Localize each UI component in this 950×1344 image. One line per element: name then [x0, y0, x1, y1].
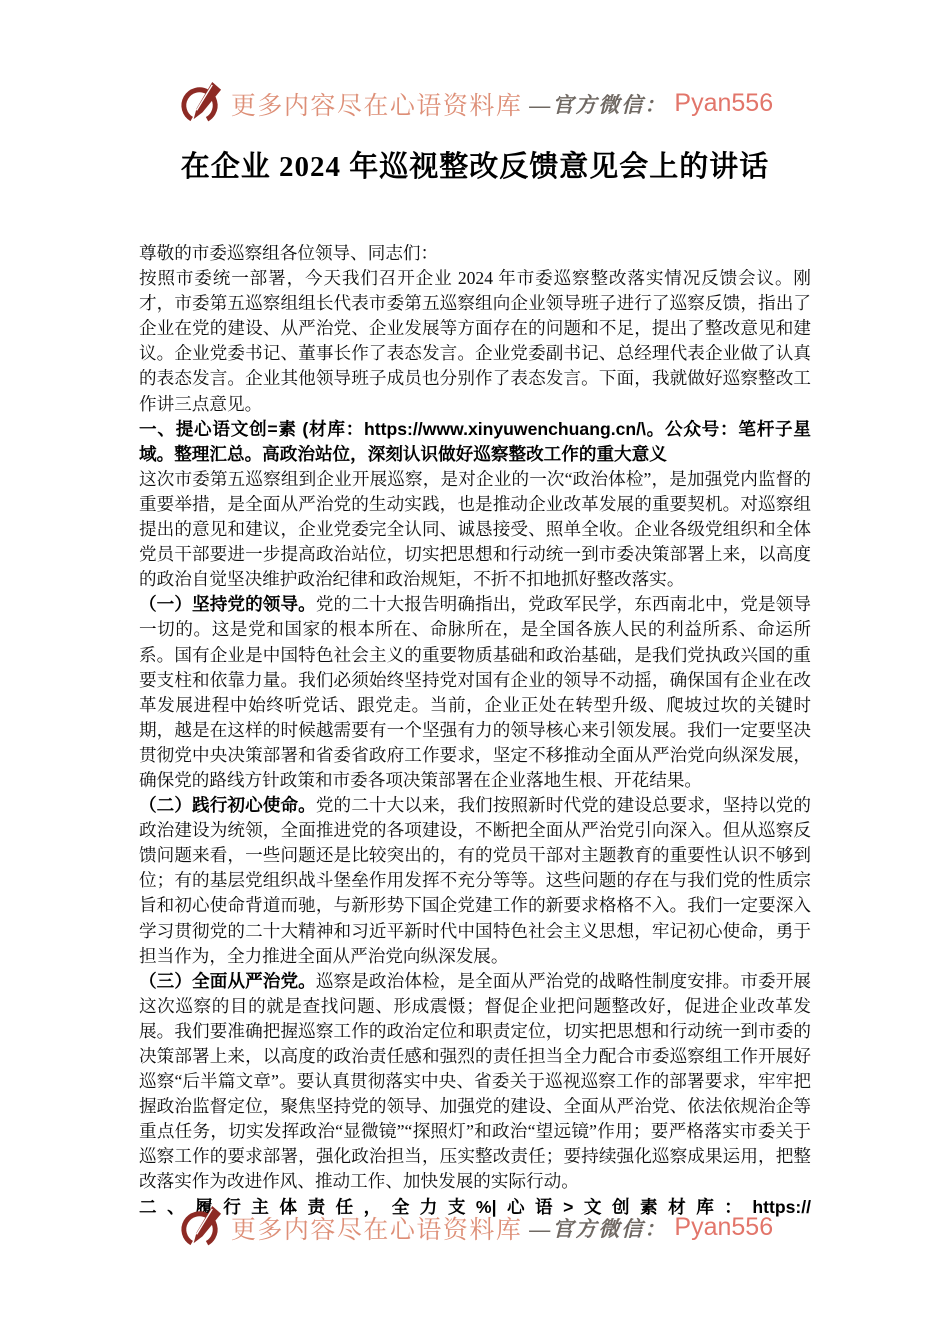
watermark-site-text: 更多内容尽在心语资料库: [231, 86, 523, 122]
watermark-wechat-id: Pyan556: [674, 89, 773, 118]
paragraph: （二）践行初心使命。党的二十大以来，我们按照新时代党的建设总要求，坚持以党的政治…: [139, 793, 811, 969]
xinyu-pen-logo-icon: [177, 80, 224, 127]
paragraph: （一）坚持党的领导。党的二十大报告明确指出，党政军民学，东西南北中，党是领导一切…: [139, 592, 811, 793]
paragraph: 这次市委第五巡察组到企业开展巡察，是对企业的一次“政治体检”，是加强党内监督的重…: [139, 467, 811, 592]
watermark-wechat-id: Pyan556: [674, 1213, 773, 1242]
watermark-wechat-label: —官方微信：: [529, 89, 667, 119]
footer-watermark: 更多内容尽在心语资料库 —官方微信： Pyan556: [0, 1204, 950, 1251]
paragraph-lead: （二）践行初心使命。: [139, 795, 316, 815]
paragraph: （三）全面从严治党。巡察是政治体检，是全面从严治党的战略性制度安排。市委开展这次…: [139, 969, 811, 1195]
header-watermark: 更多内容尽在心语资料库 —官方微信： Pyan556: [0, 80, 950, 127]
paragraph-lead: （一）坚持党的领导。: [139, 594, 316, 614]
document-title: 在企业 2024 年巡视整改反馈意见会上的讲话: [0, 144, 950, 185]
paragraph: 尊敬的市委巡察组各位领导、同志们：: [139, 241, 811, 266]
paragraph-lead: （三）全面从严治党。: [139, 971, 316, 991]
document-page: 更多内容尽在心语资料库 —官方微信： Pyan556 在企业 2024 年巡视整…: [0, 0, 950, 1344]
paragraph: 一、提心语文创=素 (材库：https://www.xinyuwenchuang…: [139, 417, 811, 467]
watermark-site-text: 更多内容尽在心语资料库: [231, 1210, 523, 1246]
document-body: 尊敬的市委巡察组各位领导、同志们：按照市委统一部署，今天我们召开企业 2024 …: [139, 241, 811, 1220]
watermark-wechat-label: —官方微信：: [529, 1213, 667, 1243]
xinyu-pen-logo-icon: [177, 1204, 224, 1251]
paragraph: 按照市委统一部署，今天我们召开企业 2024 年市委巡察整改落实情况反馈会议。刚…: [139, 266, 811, 417]
